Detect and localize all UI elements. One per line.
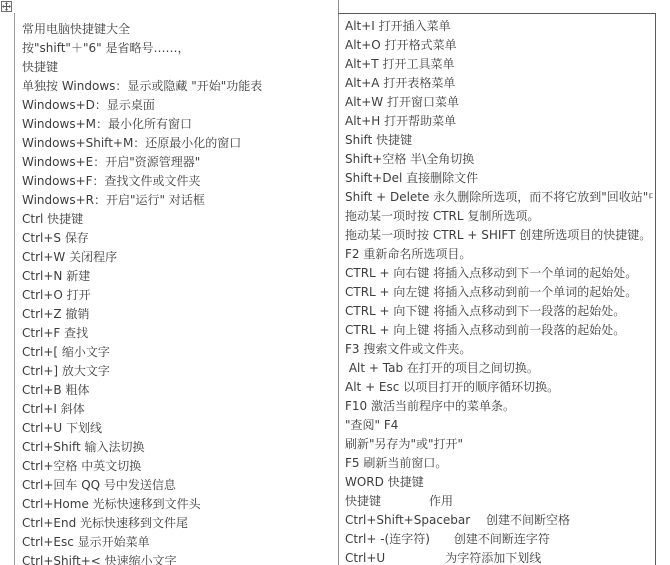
shortcut-row: Ctrl+W 关闭程序 — [22, 248, 336, 267]
shortcut-row: Ctrl+U 下划线 — [22, 419, 336, 438]
shortcut-row: Alt + Tab 在打开的项目之间切换。 — [345, 359, 653, 378]
four-way-arrow-icon — [2, 2, 11, 11]
shortcut-row: "查阅" F4 — [345, 416, 653, 435]
shortcut-row: Ctrl+S 保存 — [22, 229, 336, 248]
shortcut-row: Ctrl+ -(连字符) 创建不间断连字符 — [345, 530, 653, 549]
shortcut-row: WORD 快捷键 — [345, 473, 653, 492]
shortcut-row: Alt+I 打开插入菜单 — [345, 17, 653, 36]
shortcut-row: Alt + Esc 以项目打开的顺序循环切换。 — [345, 378, 653, 397]
shortcut-row: Alt+A 打开表格菜单 — [345, 74, 653, 93]
shortcut-row: F5 刷新当前窗口。 — [345, 454, 653, 473]
shortcut-row: Ctrl+回车 QQ 号中发送信息 — [22, 476, 336, 495]
shortcut-row: Alt+W 打开窗口菜单 — [345, 93, 653, 112]
shortcut-row: Ctrl 快捷键 — [22, 210, 336, 229]
table-move-handle[interactable] — [1, 1, 12, 12]
left-column: 常用电脑快捷键大全按"shift"＋"6" 是省略号……，快捷键单独按 Wind… — [15, 13, 338, 565]
shortcut-row: F10 激活当前程序中的菜单条。 — [345, 397, 653, 416]
shortcut-row: CTRL + 向右键 将插入点移动到下一个单词的起始处。 — [345, 264, 653, 283]
shortcut-row: Ctrl+Z 撤销 — [22, 305, 336, 324]
right-column: Alt+I 打开插入菜单Alt+O 打开格式菜单Alt+T 打开工具菜单Alt+… — [339, 13, 655, 565]
shortcut-row: CTRL + 向左键 将插入点移动到前一个单词的起始处。 — [345, 283, 653, 302]
shortcut-row: 按"shift"＋"6" 是省略号……， — [22, 39, 336, 58]
shortcut-row: F2 重新命名所选项目。 — [345, 245, 653, 264]
shortcut-row: F3 搜索文件或文件夹。 — [345, 340, 653, 359]
shortcut-row: Ctrl+[ 缩小文字 — [22, 343, 336, 362]
shortcut-row: Windows+Shift+M：还原最小化的窗口 — [22, 134, 336, 153]
shortcut-row: Ctrl+O 打开 — [22, 286, 336, 305]
shortcut-row: Ctrl+空格 中英文切换 — [22, 457, 336, 476]
shortcut-row: Ctrl+Shift 输入法切换 — [22, 438, 336, 457]
shortcut-row: 快捷键 作用 — [345, 492, 653, 511]
shortcut-row: Windows+R：开启"运行" 对话框 — [22, 191, 336, 210]
shortcut-row: 单独按 Windows：显示或隐藏 "开始"功能表 — [22, 77, 336, 96]
shortcut-row: CTRL + 向下键 将插入点移动到下一段落的起始处。 — [345, 302, 653, 321]
shortcut-row: Ctrl+Home 光标快速移到文件头 — [22, 495, 336, 514]
shortcut-row: Ctrl+Shift+Spacebar 创建不间断空格 — [345, 511, 653, 530]
shortcut-row: 拖动某一项时按 CTRL 复制所选项。 — [345, 207, 653, 226]
shortcut-row: 拖动某一项时按 CTRL + SHIFT 创建所选项目的快捷键。 — [345, 226, 653, 245]
shortcut-row: Shift+空格 半\全角切换 — [345, 150, 653, 169]
document-page: 常用电脑快捷键大全按"shift"＋"6" 是省略号……，快捷键单独按 Wind… — [0, 0, 670, 565]
shortcut-row: 常用电脑快捷键大全 — [22, 20, 336, 39]
shortcut-row: Ctrl+End 光标快速移到文件尾 — [22, 514, 336, 533]
shortcut-row: Alt+H 打开帮助菜单 — [345, 112, 653, 131]
table-right-border — [655, 13, 656, 565]
shortcut-row: Windows+D：显示桌面 — [22, 96, 336, 115]
shortcut-row: Ctrl+Esc 显示开始菜单 — [22, 533, 336, 552]
shortcut-row: Windows+F：查找文件或文件夹 — [22, 172, 336, 191]
shortcut-row: CTRL + 向上键 将插入点移动到前一段落的起始处。 — [345, 321, 653, 340]
shortcut-row: Alt+T 打开工具菜单 — [345, 55, 653, 74]
shortcut-row: Ctrl+] 放大文字 — [22, 362, 336, 381]
shortcut-row: Ctrl+B 粗体 — [22, 381, 336, 400]
shortcut-row: Ctrl+U 为字符添加下划线 — [345, 549, 653, 565]
shortcut-row: 快捷键 — [22, 58, 336, 77]
shortcut-row: Ctrl+Shift+< 快速缩小文字 — [22, 552, 336, 565]
shortcut-row: 刷新"另存为"或"打开" — [345, 435, 653, 454]
shortcut-row: Windows+M：最小化所有窗口 — [22, 115, 336, 134]
shortcut-row: Ctrl+N 新建 — [22, 267, 336, 286]
shortcut-row: Ctrl+F 查找 — [22, 324, 336, 343]
shortcut-row: Alt+O 打开格式菜单 — [345, 36, 653, 55]
shortcut-row: Shift+Del 直接删除文件 — [345, 169, 653, 188]
shortcut-row: Shift + Delete 永久删除所选项，而不将它放到"回收站"中。 — [345, 188, 653, 207]
shortcut-row: Ctrl+I 斜体 — [22, 400, 336, 419]
shortcut-row: Windows+E：开启"资源管理器" — [22, 153, 336, 172]
shortcut-row: Shift 快捷键 — [345, 131, 653, 150]
